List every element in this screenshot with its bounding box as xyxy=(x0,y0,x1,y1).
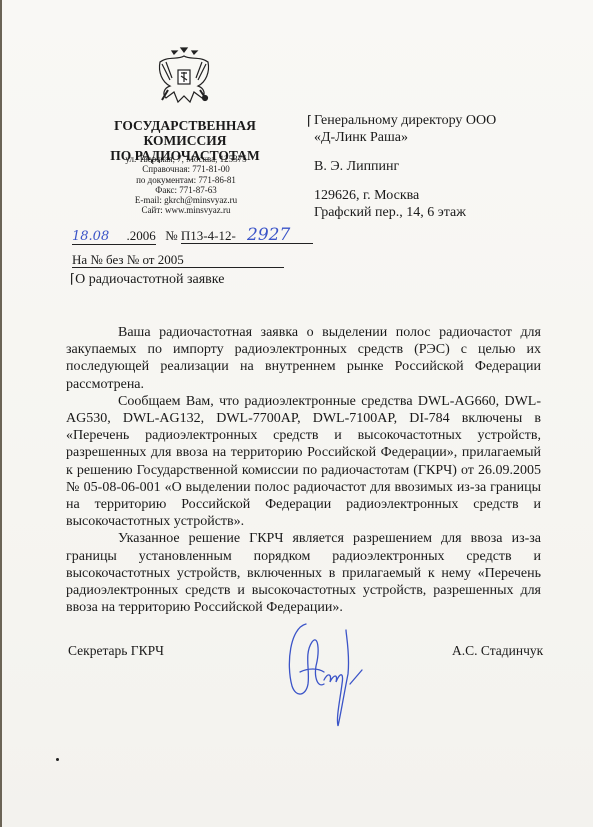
organization-contacts: ул. Тверская, 7, Москва, 125375 Справочн… xyxy=(100,154,272,216)
incoming-reference: На № без № от 2005 xyxy=(72,252,284,268)
contact-reference-phone: Справочная: 771-81-00 xyxy=(100,164,272,174)
scan-speck xyxy=(56,758,59,761)
recipient-address-street: Графский пер., 14, 6 этаж xyxy=(314,204,554,221)
paragraph-2: Сообщаем Вам, что радиоэлектронные средс… xyxy=(66,393,541,531)
contact-documents-phone: по документам: 771-86-81 xyxy=(100,175,272,185)
handwritten-date: 18.08 xyxy=(72,229,109,244)
recipient-person: В. Э. Липпинг xyxy=(314,158,554,175)
handwritten-signature-icon xyxy=(282,614,372,729)
recipient-company: «Д-Линк Раша» xyxy=(314,129,554,146)
subject-line: ⌈О радиочастотной заявке xyxy=(70,272,224,288)
reference-number-prefix: П13-4-12- xyxy=(181,228,236,243)
letter-body: Ваша радиочастотная заявка о выделении п… xyxy=(66,324,541,616)
signer-title: Секретарь ГКРЧ xyxy=(68,643,164,659)
letter-page: ГОСУДАРСТВЕННАЯ КОМИССИЯ ПО РАДИОЧАСТОТА… xyxy=(0,0,593,827)
recipient-address-city: 129626, г. Москва xyxy=(314,187,554,204)
in-reply-to: На № без № от 2005 xyxy=(72,253,284,268)
paragraph-1: Ваша радиочастотная заявка о выделении п… xyxy=(66,324,541,393)
coat-of-arms-icon xyxy=(148,42,220,114)
recipient-block: ⌈ Генеральному директору ООО «Д-Линк Раш… xyxy=(314,112,554,221)
recipient-position: Генеральному директору ООО xyxy=(314,112,554,129)
contact-website: Сайт: www.minsvyaz.ru xyxy=(100,205,272,215)
outgoing-reference: 18.08 .2006 № П13-4-12- 2927 xyxy=(72,228,313,245)
handwritten-number: 2927 xyxy=(247,225,290,245)
contact-address: ул. Тверская, 7, Москва, 125375 xyxy=(100,154,272,164)
paragraph-3: Указанное решение ГКРЧ является разрешен… xyxy=(66,530,541,616)
corner-bracket-icon: ⌈ xyxy=(307,113,312,130)
org-name-line1: ГОСУДАРСТВЕННАЯ КОМИССИЯ xyxy=(74,118,296,148)
subject-text: О радиочастотной заявке xyxy=(75,272,224,287)
contact-fax: Факс: 771-87-63 xyxy=(100,185,272,195)
reference-year: .2006 xyxy=(126,228,155,243)
number-sign: № xyxy=(165,228,177,243)
signer-name: А.С. Стадинчук xyxy=(452,643,543,659)
contact-email: E-mail: gkrch@minsvyaz.ru xyxy=(100,195,272,205)
